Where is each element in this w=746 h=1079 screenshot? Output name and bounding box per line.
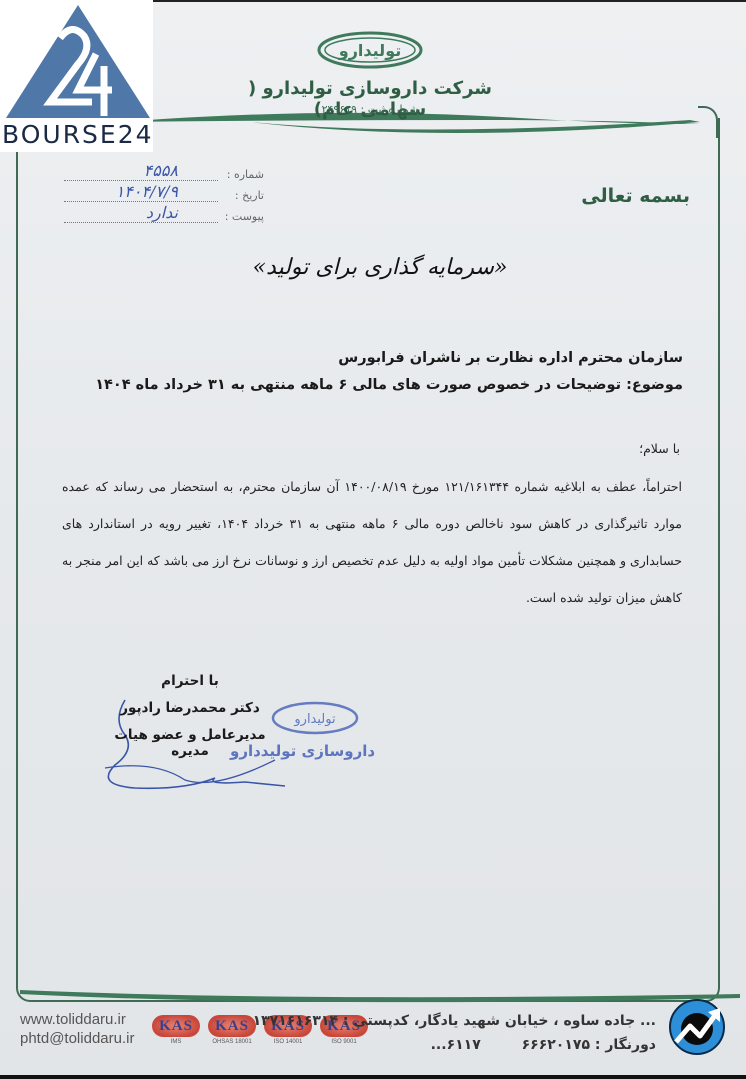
subject-line: موضوع: توضیحات در خصوص صورت های مالی ۶ م… — [95, 377, 683, 393]
letter-body: احتراماً، عطف به ابلاغیه شماره ۱۲۱/۱۶۱۳۴… — [62, 468, 682, 616]
greeting: با سلام؛ — [639, 441, 680, 456]
signer-title: مدیرعامل و عضو هیات مدیره — [110, 727, 270, 754]
cert-ohsas: KAS OHSAS 18001 — [208, 1015, 256, 1045]
footer-contact: www.toliddaru.ir phtd@toliddaru.ir — [20, 1010, 134, 1048]
registration-number: شماره ثبت : ۲۴۹۶۱۹ — [290, 103, 450, 116]
kas-badge-icon: KAS — [208, 1015, 256, 1037]
number-label: شماره : — [218, 168, 264, 181]
footer-swoosh — [0, 988, 746, 1008]
date-label: تاریخ : — [218, 189, 264, 202]
company-emblem-icon: تولیدارو — [316, 30, 424, 70]
scan-edge-bottom — [0, 1075, 746, 1079]
bourse24-wordmark: BOURSE24 — [2, 120, 154, 149]
signature-block: با احترام دکتر محمدرضا رادپور مدیرعامل و… — [110, 673, 270, 754]
date-row: تاریخ : ۱۴۰۴/۷/۹ — [64, 181, 264, 202]
bourse24-logo: BOURSE24 — [0, 0, 153, 152]
website-link[interactable]: www.toliddaru.ir — [20, 1010, 134, 1029]
attachment-row: پیوست : ندارد — [64, 202, 264, 223]
cert-ims: KAS IMS — [152, 1015, 200, 1045]
date-value: ۱۴۰۴/۷/۹ — [116, 182, 178, 201]
recipient: سازمان محترم اداره نظارت بر ناشران فرابو… — [338, 350, 683, 366]
bismillah-heading: بسمه تعالی — [581, 185, 690, 207]
bourse24-triangle-icon — [0, 0, 153, 120]
number-row: شماره : ۴۵۵۸ — [64, 160, 264, 181]
footer-fax: دورنگار : ۶۶۶۲۰۱۷۵ ۶۱۱۷... — [395, 1037, 656, 1053]
company-stamp-icon: تولیدارو — [270, 698, 360, 738]
scan-edge-top — [150, 0, 746, 2]
letter-page: BOURSE24 تولیدارو شرکت داروسازی تولیدارو… — [0, 0, 746, 1079]
footer-address: ... جاده ساوه ، خیابان شهید یادگار، کدپس… — [253, 1013, 656, 1029]
number-value: ۴۵۵۸ — [144, 161, 178, 180]
email-link[interactable]: phtd@toliddaru.ir — [20, 1029, 134, 1048]
year-motto: «سرمایه گذاری برای تولید» — [250, 255, 510, 280]
trend-arrow-badge-icon[interactable] — [668, 998, 726, 1056]
attachment-label: پیوست : — [218, 210, 264, 223]
signer-name: دکتر محمدرضا رادپور — [110, 700, 270, 727]
closing: با احترام — [110, 673, 270, 700]
fax-number: دورنگار : ۶۶۶۲۰۱۷۵ — [522, 1037, 656, 1053]
kas-badge-icon: KAS — [152, 1015, 200, 1037]
svg-text:تولیدارو: تولیدارو — [338, 41, 401, 60]
letter-meta: شماره : ۴۵۵۸ تاریخ : ۱۴۰۴/۷/۹ پیوست : ند… — [64, 160, 264, 223]
svg-text:تولیدارو: تولیدارو — [293, 712, 336, 727]
attachment-value: ندارد — [146, 203, 178, 222]
phone-partial: ۶۱۱۷... — [431, 1037, 481, 1053]
